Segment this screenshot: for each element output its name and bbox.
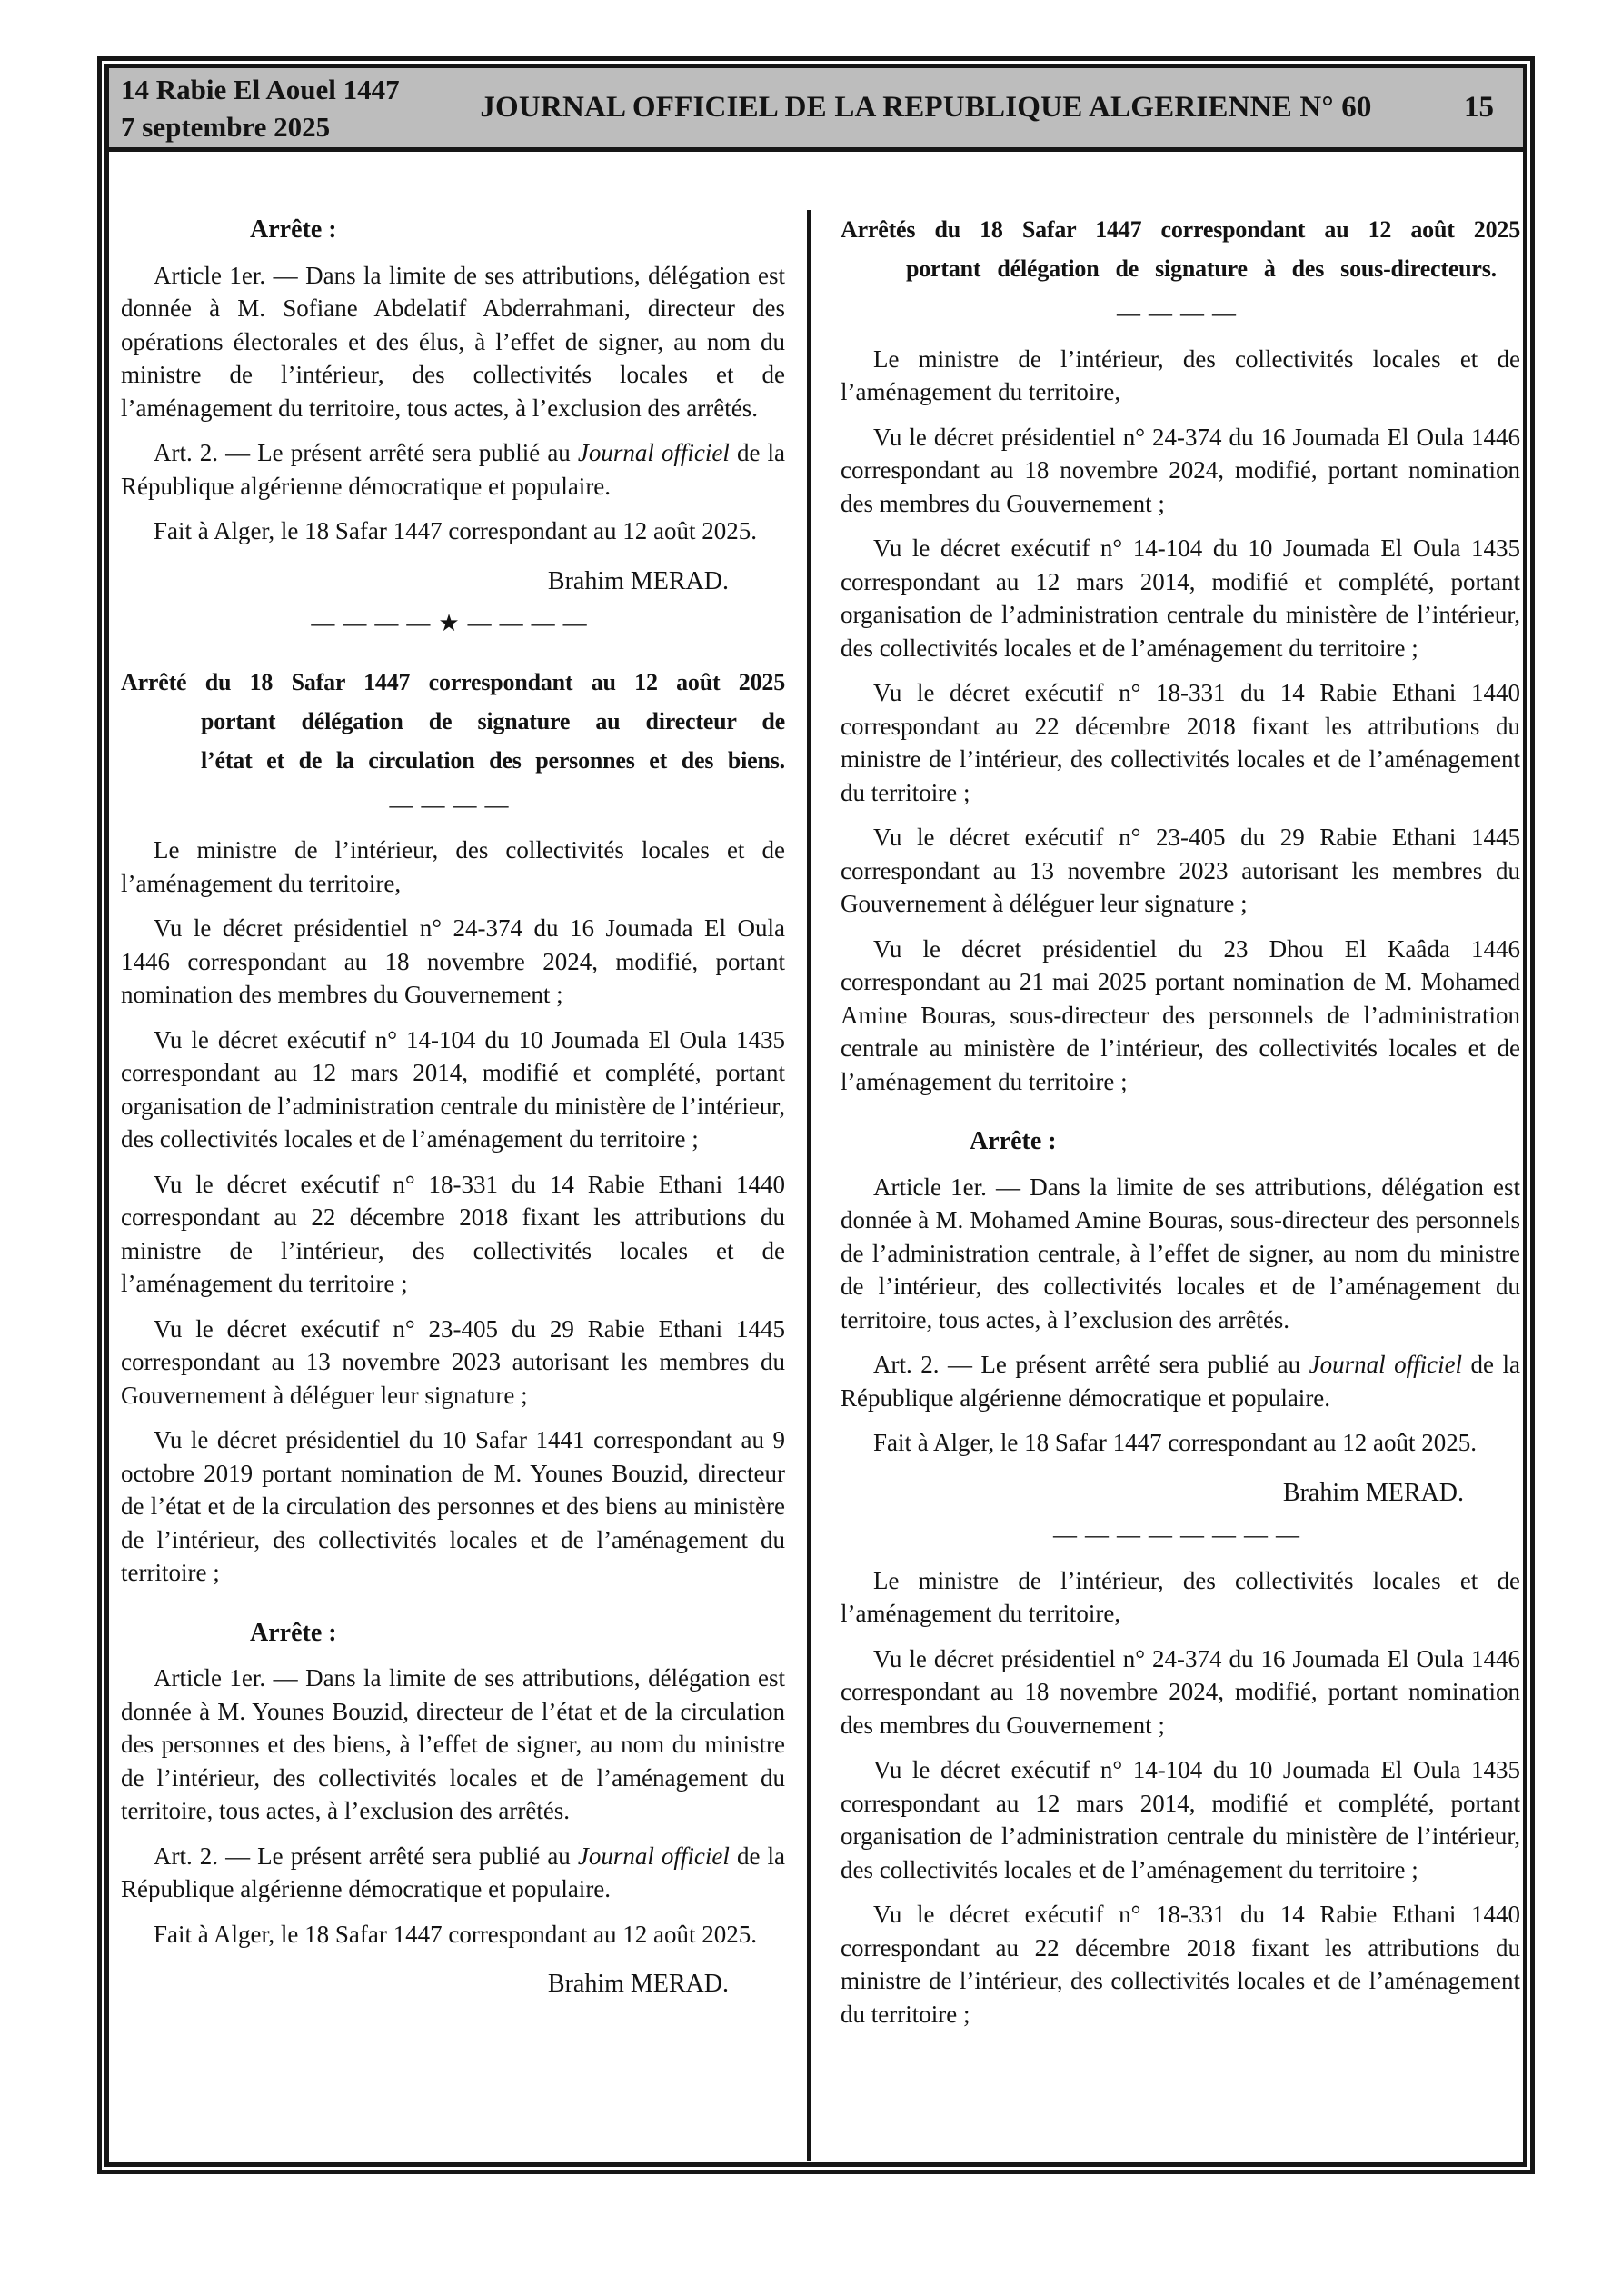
- journal-page: 14 Rabie El Aouel 1447 7 septembre 2025 …: [0, 0, 1622, 2296]
- paragraph-fait-a-alger: Fait à Alger, le 18 Safar 1447 correspon…: [841, 1426, 1520, 1460]
- article-2-text: Art. 2. — Le présent arrêté sera publié …: [154, 1842, 578, 1870]
- paragraph-article-1: Article 1er. — Dans la limite de ses att…: [121, 259, 785, 425]
- article-2-text: Art. 2. — Le présent arrêté sera publié …: [873, 1351, 1309, 1378]
- signature: Brahim MERAD.: [121, 565, 785, 599]
- article-heading-line: portant délégation de signature à des so…: [906, 249, 1497, 288]
- paragraph-visa: Vu le décret présidentiel du 10 Safar 14…: [121, 1423, 785, 1590]
- issue-date-gregorian: 7 septembre 2025: [121, 108, 447, 145]
- paragraph-visa: Vu le décret exécutif n° 14-104 du 10 Jo…: [841, 532, 1520, 664]
- column-right: Arrêtés du 18 Safar 1447 correspondant a…: [841, 210, 1520, 2031]
- article-2-text: Art. 2. — Le présent arrêté sera publié …: [154, 439, 578, 466]
- paragraph-visa: Vu le décret présidentiel du 23 Dhou El …: [841, 933, 1520, 1099]
- paragraph-visa: Vu le décret présidentiel n° 24-374 du 1…: [841, 421, 1520, 521]
- separator-long-dashes: ————————: [841, 1519, 1520, 1552]
- article-heading: Arrêtés du 18 Safar 1447 correspondant a…: [841, 210, 1520, 288]
- paragraph-fait-a-alger: Fait à Alger, le 18 Safar 1447 correspon…: [121, 514, 785, 548]
- signature: Brahim MERAD.: [841, 1477, 1520, 1511]
- paragraph-visa: Vu le décret exécutif n° 18-331 du 14 Ra…: [121, 1168, 785, 1301]
- paragraph-visa: Vu le décret exécutif n° 23-405 du 29 Ra…: [841, 821, 1520, 921]
- paragraph-visa: Vu le décret exécutif n° 23-405 du 29 Ra…: [121, 1313, 785, 1413]
- separator-star: ————★————: [121, 607, 785, 641]
- article-heading: Arrêté du 18 Safar 1447 correspondant au…: [121, 663, 785, 780]
- journal-title: JOURNAL OFFICIEL DE LA REPUBLIQUE ALGERI…: [447, 91, 1405, 125]
- page-frame: 14 Rabie El Aouel 1447 7 septembre 2025 …: [97, 56, 1535, 2174]
- paragraph-visa: Vu le décret présidentiel n° 24-374 du 1…: [121, 912, 785, 1012]
- article-heading-line: portant délégation de signature au direc…: [201, 702, 785, 741]
- issue-date-hijri: 14 Rabie El Aouel 1447: [121, 71, 447, 108]
- paragraph-article-2: Art. 2. — Le présent arrêté sera publié …: [121, 436, 785, 503]
- paragraph-visa: Le ministre de l’intérieur, des collecti…: [841, 1564, 1520, 1631]
- signature: Brahim MERAD.: [121, 1968, 785, 2002]
- separator-dashes: ————: [841, 297, 1520, 331]
- issue-date-block: 14 Rabie El Aouel 1447 7 septembre 2025: [109, 71, 447, 145]
- arrete-label: Arrête :: [970, 1125, 1520, 1159]
- paragraph-visa: Vu le décret exécutif n° 14-104 du 10 Jo…: [121, 1023, 785, 1156]
- paragraph-article-2: Art. 2. — Le présent arrêté sera publié …: [841, 1348, 1520, 1414]
- paragraph-visa: Le ministre de l’intérieur, des collecti…: [841, 343, 1520, 409]
- column-left: Arrête : Article 1er. — Dans la limite d…: [121, 205, 785, 2002]
- paragraph-visa: Vu le décret exécutif n° 14-104 du 10 Jo…: [841, 1753, 1520, 1886]
- paragraph-visa: Vu le décret exécutif n° 18-331 du 14 Ra…: [841, 676, 1520, 809]
- page-number: 15: [1405, 91, 1523, 125]
- separator-dashes: ————: [121, 789, 785, 823]
- arrete-label: Arrête :: [250, 214, 785, 247]
- paragraph-article-1: Article 1er. — Dans la limite de ses att…: [841, 1171, 1520, 1337]
- article-heading-line: Arrêtés du 18 Safar 1447 correspondant a…: [841, 210, 1520, 249]
- arrete-label: Arrête :: [250, 1617, 785, 1651]
- paragraph-visa: Vu le décret présidentiel n° 24-374 du 1…: [841, 1642, 1520, 1742]
- article-heading-line: Arrêté du 18 Safar 1447 correspondant au…: [121, 663, 785, 702]
- paragraph-article-2: Art. 2. — Le présent arrêté sera publié …: [121, 1840, 785, 1906]
- journal-officiel-italic: Journal officiel: [578, 439, 730, 466]
- journal-officiel-italic: Journal officiel: [1309, 1351, 1462, 1378]
- paragraph-fait-a-alger: Fait à Alger, le 18 Safar 1447 correspon…: [121, 1918, 785, 1952]
- paragraph-visa: Vu le décret exécutif n° 18-331 du 14 Ra…: [841, 1898, 1520, 2031]
- journal-officiel-italic: Journal officiel: [578, 1842, 730, 1870]
- paragraph-article-1: Article 1er. — Dans la limite de ses att…: [121, 1662, 785, 1828]
- page-header: 14 Rabie El Aouel 1447 7 septembre 2025 …: [109, 68, 1523, 152]
- article-heading-line: l’état et de la circulation des personne…: [201, 741, 785, 780]
- paragraph-visa: Le ministre de l’intérieur, des collecti…: [121, 834, 785, 900]
- column-divider-rule: [807, 210, 811, 2161]
- page-frame-inner: 14 Rabie El Aouel 1447 7 septembre 2025 …: [104, 64, 1527, 2167]
